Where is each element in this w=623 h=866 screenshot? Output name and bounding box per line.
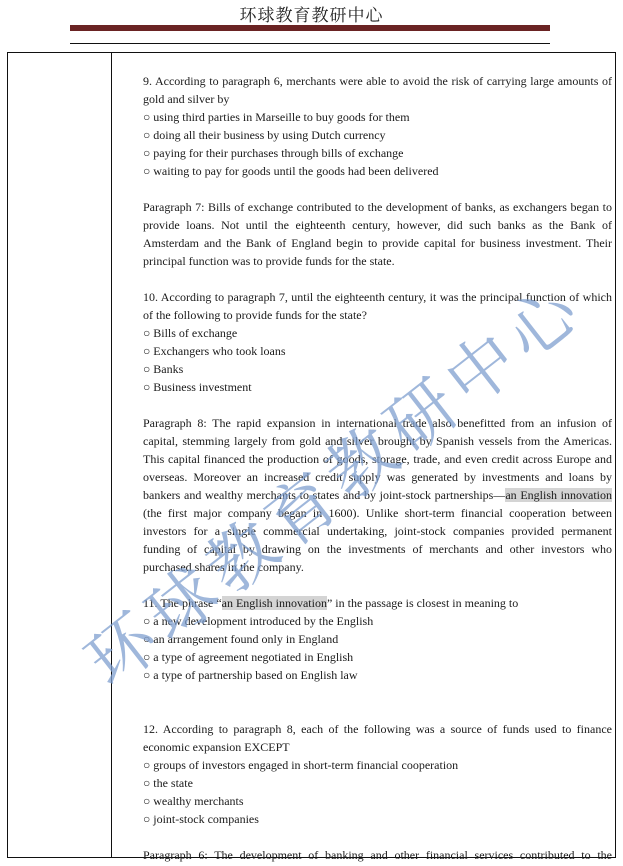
- answer-option[interactable]: ○ Business investment: [143, 378, 612, 396]
- answer-option[interactable]: ○ Banks: [143, 360, 612, 378]
- answer-option[interactable]: ○ the state: [143, 774, 612, 792]
- answer-option[interactable]: ○ a new development introduced by the En…: [143, 612, 612, 630]
- stem-text: 11. The phrase “: [143, 596, 222, 610]
- highlighted-phrase: an English innovation: [222, 596, 327, 610]
- answer-option[interactable]: ○ an arrangement found only in England: [143, 630, 612, 648]
- question-stem: 11. The phrase “an English innovation” i…: [143, 594, 612, 612]
- highlighted-phrase: an English innovation: [505, 488, 612, 502]
- question-stem: 10. According to paragraph 7, until the …: [143, 288, 612, 324]
- answer-option[interactable]: ○ a type of partnership based on English…: [143, 666, 612, 684]
- answer-option[interactable]: ○ using third parties in Marseille to bu…: [143, 108, 612, 126]
- header-bar: [70, 25, 550, 31]
- document-table: 9. According to paragraph 6, merchants w…: [7, 52, 616, 858]
- answer-option[interactable]: ○ waiting to pay for goods until the goo…: [143, 162, 612, 180]
- question-9: 9. According to paragraph 6, merchants w…: [143, 72, 612, 180]
- answer-option[interactable]: ○ Exchangers who took loans: [143, 342, 612, 360]
- paragraph-8: Paragraph 8: The rapid expansion in inte…: [143, 414, 612, 576]
- answer-option[interactable]: ○ paying for their purchases through bil…: [143, 144, 612, 162]
- header-divider: [70, 43, 550, 44]
- answer-option[interactable]: ○ doing all their business by using Dutc…: [143, 126, 612, 144]
- paragraph-7: Paragraph 7: Bills of exchange contribut…: [143, 198, 612, 270]
- answer-option[interactable]: ○ a type of agreement negotiated in Engl…: [143, 648, 612, 666]
- left-column-cell: [8, 53, 112, 857]
- content-cell: 9. According to paragraph 6, merchants w…: [143, 72, 612, 864]
- answer-option[interactable]: ○ Bills of exchange: [143, 324, 612, 342]
- answer-option[interactable]: ○ joint-stock companies: [143, 810, 612, 828]
- question-12: 12. According to paragraph 8, each of th…: [143, 720, 612, 828]
- answer-option[interactable]: ○ wealthy merchants: [143, 792, 612, 810]
- question-10: 10. According to paragraph 7, until the …: [143, 288, 612, 396]
- answer-option[interactable]: ○ groups of investors engaged in short-t…: [143, 756, 612, 774]
- question-11: 11. The phrase “an English innovation” i…: [143, 594, 612, 684]
- stem-text: ” in the passage is closest in meaning t…: [327, 596, 518, 610]
- paragraph-6-start: Paragraph 6: The development of banking …: [143, 846, 612, 864]
- question-stem: 9. According to paragraph 6, merchants w…: [143, 72, 612, 108]
- paragraph-text: (the first major company began in 1600).…: [143, 506, 612, 574]
- header-title: 环球教育教研中心: [0, 1, 623, 26]
- question-stem: 12. According to paragraph 8, each of th…: [143, 720, 612, 756]
